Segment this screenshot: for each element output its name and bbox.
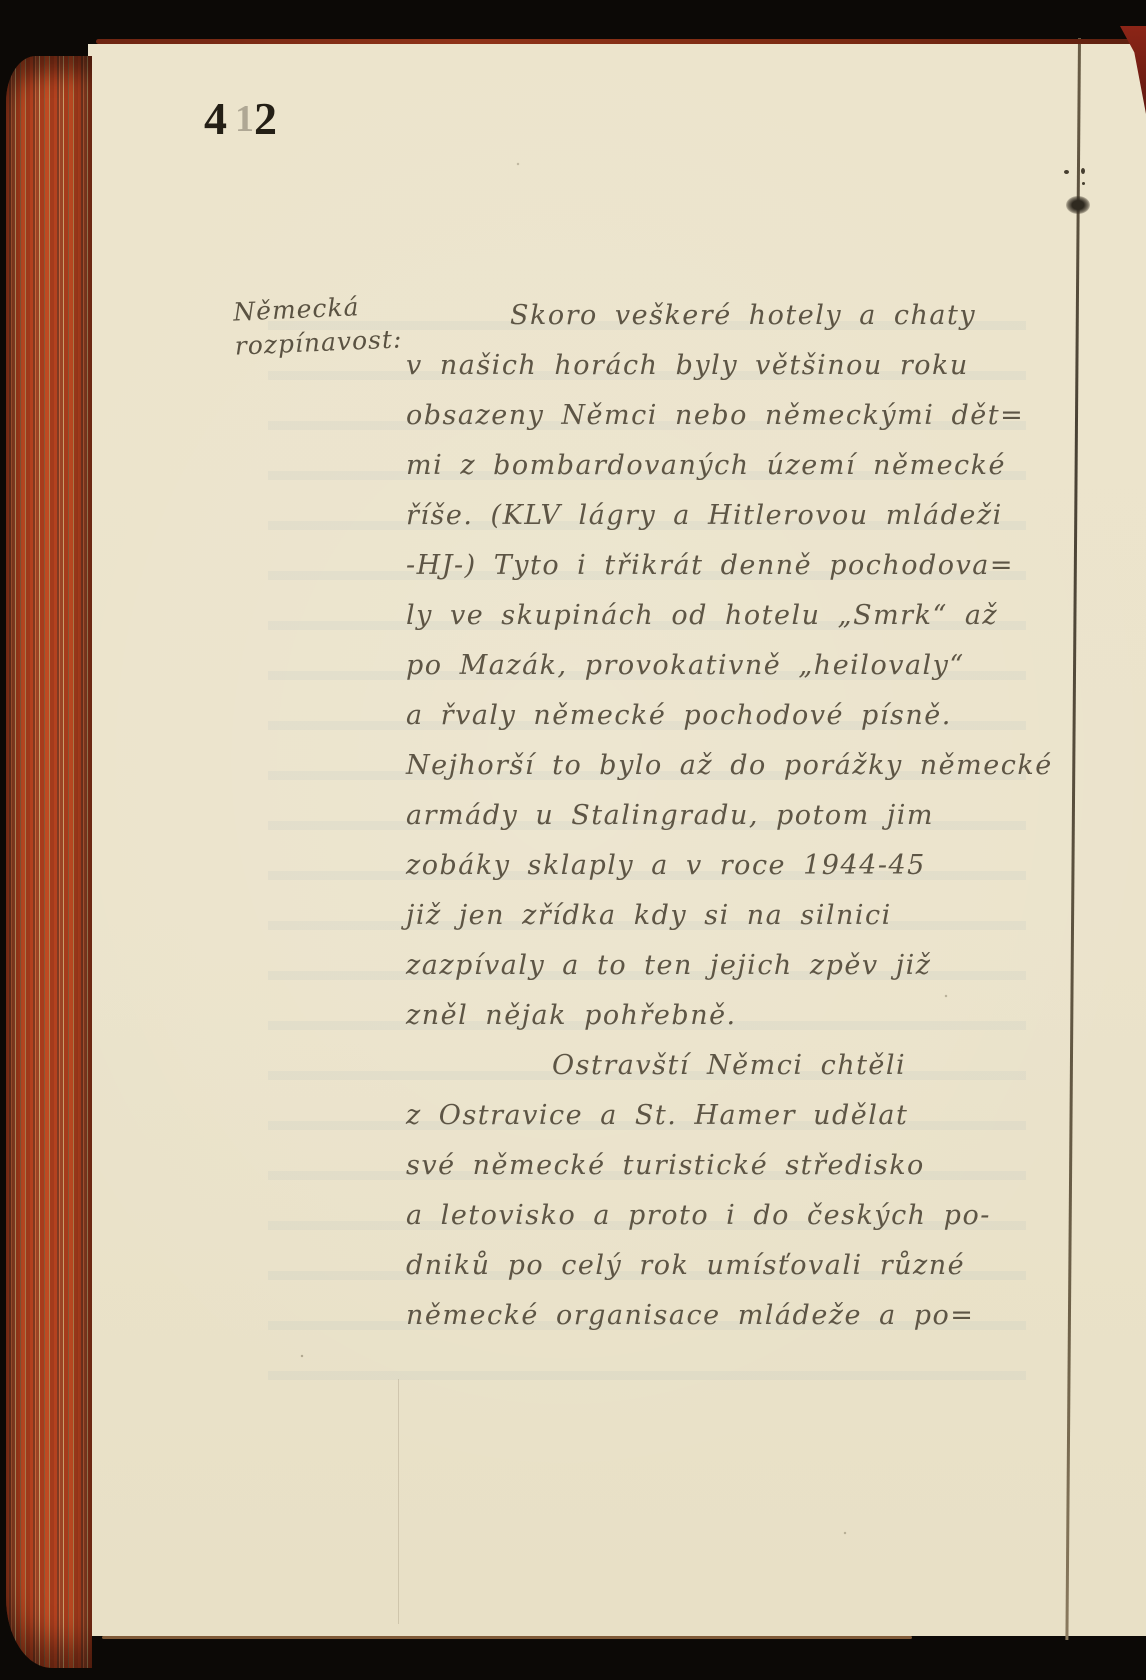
page-number-faded-digit: 1 xyxy=(235,98,254,140)
text-line: -HJ-) Tyto i třikrát denně pochodova= xyxy=(406,540,1074,590)
ink-smudge xyxy=(1066,196,1090,214)
paper-crease xyxy=(398,1379,399,1624)
text-line: Skoro veškeré hotely a chaty xyxy=(406,290,1074,340)
margin-note-line: rozpínavost: xyxy=(234,322,403,363)
chronicle-page: 412 Německá rozpínavost: Skoro veškeré h… xyxy=(88,44,1146,1636)
red-dyed-fore-edge xyxy=(6,56,92,1668)
text-line: po Mazák, provokativně „heilovaly“ xyxy=(406,640,1074,690)
text-line: německé organisace mládeže a po= xyxy=(406,1290,1074,1340)
ink-dot xyxy=(1064,170,1069,174)
ink-dot xyxy=(1082,182,1085,185)
text-line: své německé turistické středisko xyxy=(406,1140,1074,1190)
text-line: zobáky sklaply a v roce 1944-45 xyxy=(406,840,1074,890)
text-line: říše. (KLV lágry a Hitlerovou mládeži xyxy=(406,490,1074,540)
text-line: již jen zřídka kdy si na silnici xyxy=(406,890,1074,940)
text-line: zazpívaly a to ten jejich zpěv již xyxy=(406,940,1074,990)
page-number-digit: 4 xyxy=(204,93,235,144)
text-line: zněl nějak pohřebně. xyxy=(406,990,1074,1040)
text-line: Nejhorší to bylo až do porážky německé xyxy=(406,740,1074,790)
margin-note: Německá rozpínavost: xyxy=(233,288,403,363)
text-line: obsazeny Němci nebo německými dět= xyxy=(406,390,1074,440)
text-line: a letovisko a proto i do českých po- xyxy=(406,1190,1074,1240)
book-scan: 412 Německá rozpínavost: Skoro veškeré h… xyxy=(0,0,1146,1680)
text-line: z Ostravice a St. Hamer udělat xyxy=(406,1090,1074,1140)
page-number-digit: 2 xyxy=(254,93,285,144)
page-number: 412 xyxy=(204,92,285,145)
text-line: mi z bombardovaných území německé xyxy=(406,440,1074,490)
text-line: a řvaly německé pochodové písně. xyxy=(406,690,1074,740)
text-line: armády u Stalingradu, potom jim xyxy=(406,790,1074,840)
text-line: Ostravští Němci chtěli xyxy=(406,1040,1074,1090)
handwritten-text: Skoro veškeré hotely a chaty v našich ho… xyxy=(406,290,1074,1340)
text-line: dniků po celý rok umísťovali různé xyxy=(406,1240,1074,1290)
red-dyed-top-edge xyxy=(96,39,1146,44)
text-line: v našich horách byly většinou roku xyxy=(406,340,1074,390)
text-line: ly ve skupinách od hotelu „Smrk“ až xyxy=(406,590,1074,640)
red-dyed-bottom-edge xyxy=(102,1636,912,1639)
ink-dot xyxy=(1081,168,1085,174)
